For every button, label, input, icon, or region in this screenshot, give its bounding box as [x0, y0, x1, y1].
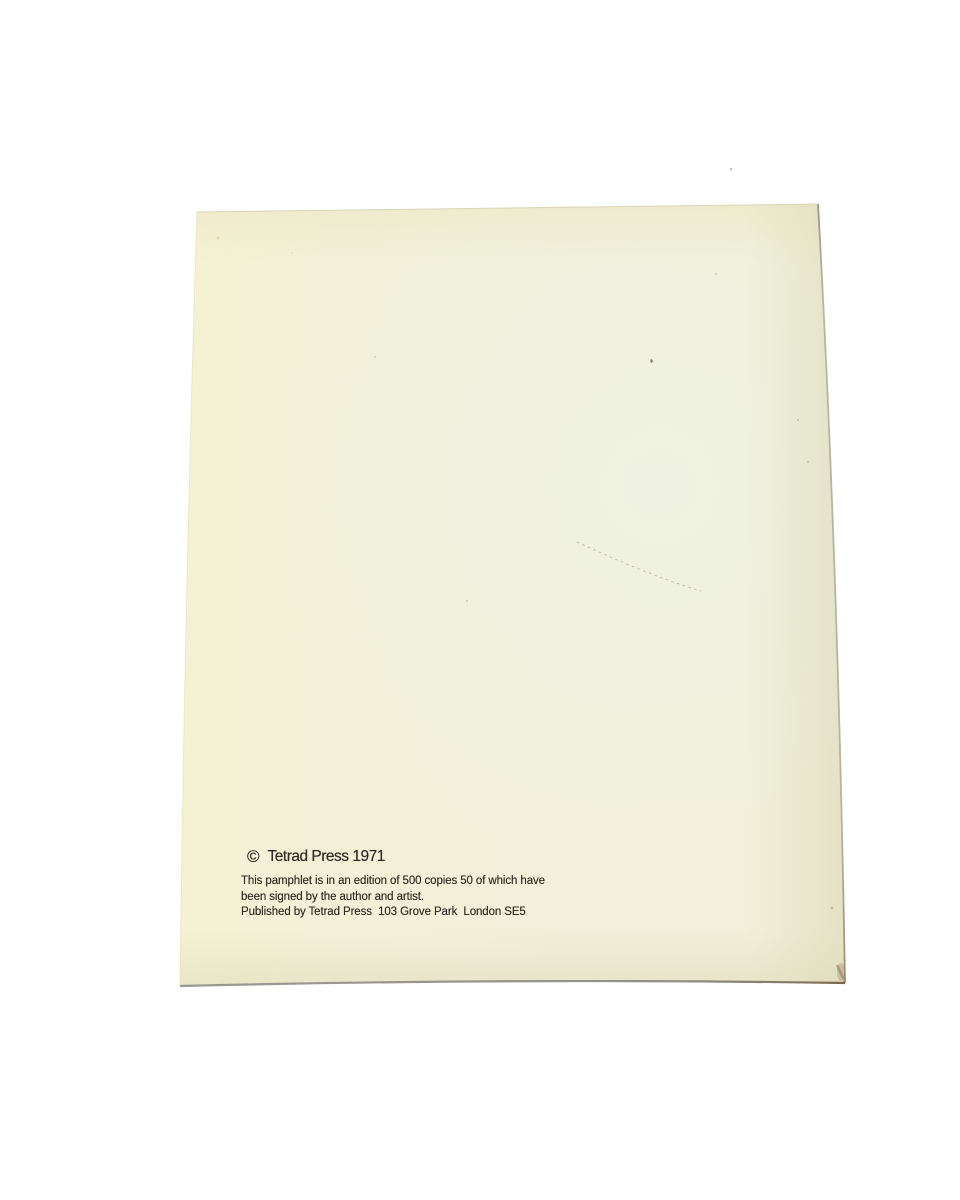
colophon-line-2: been signed by the author and artist. — [241, 890, 545, 906]
colophon-line-3: Published by Tetrad Press 103 Grove Park… — [241, 905, 545, 921]
copyright-line: © Tetrad Press 1971 — [241, 849, 545, 865]
copyright-symbol-icon: © — [247, 849, 260, 865]
pamphlet-photo: © Tetrad Press 1971 This pamphlet is in … — [0, 0, 960, 1200]
copyright-text: Tetrad Press 1971 — [268, 849, 385, 865]
colophon-text-block: © Tetrad Press 1971 This pamphlet is in … — [241, 849, 545, 921]
colophon-line-1: This pamphlet is in an edition of 500 co… — [241, 874, 545, 890]
pamphlet-back-cover — [0, 0, 960, 1200]
paper-bottom-shading — [180, 930, 845, 986]
paper-right-shading — [745, 204, 845, 986]
background-speck — [730, 168, 732, 170]
